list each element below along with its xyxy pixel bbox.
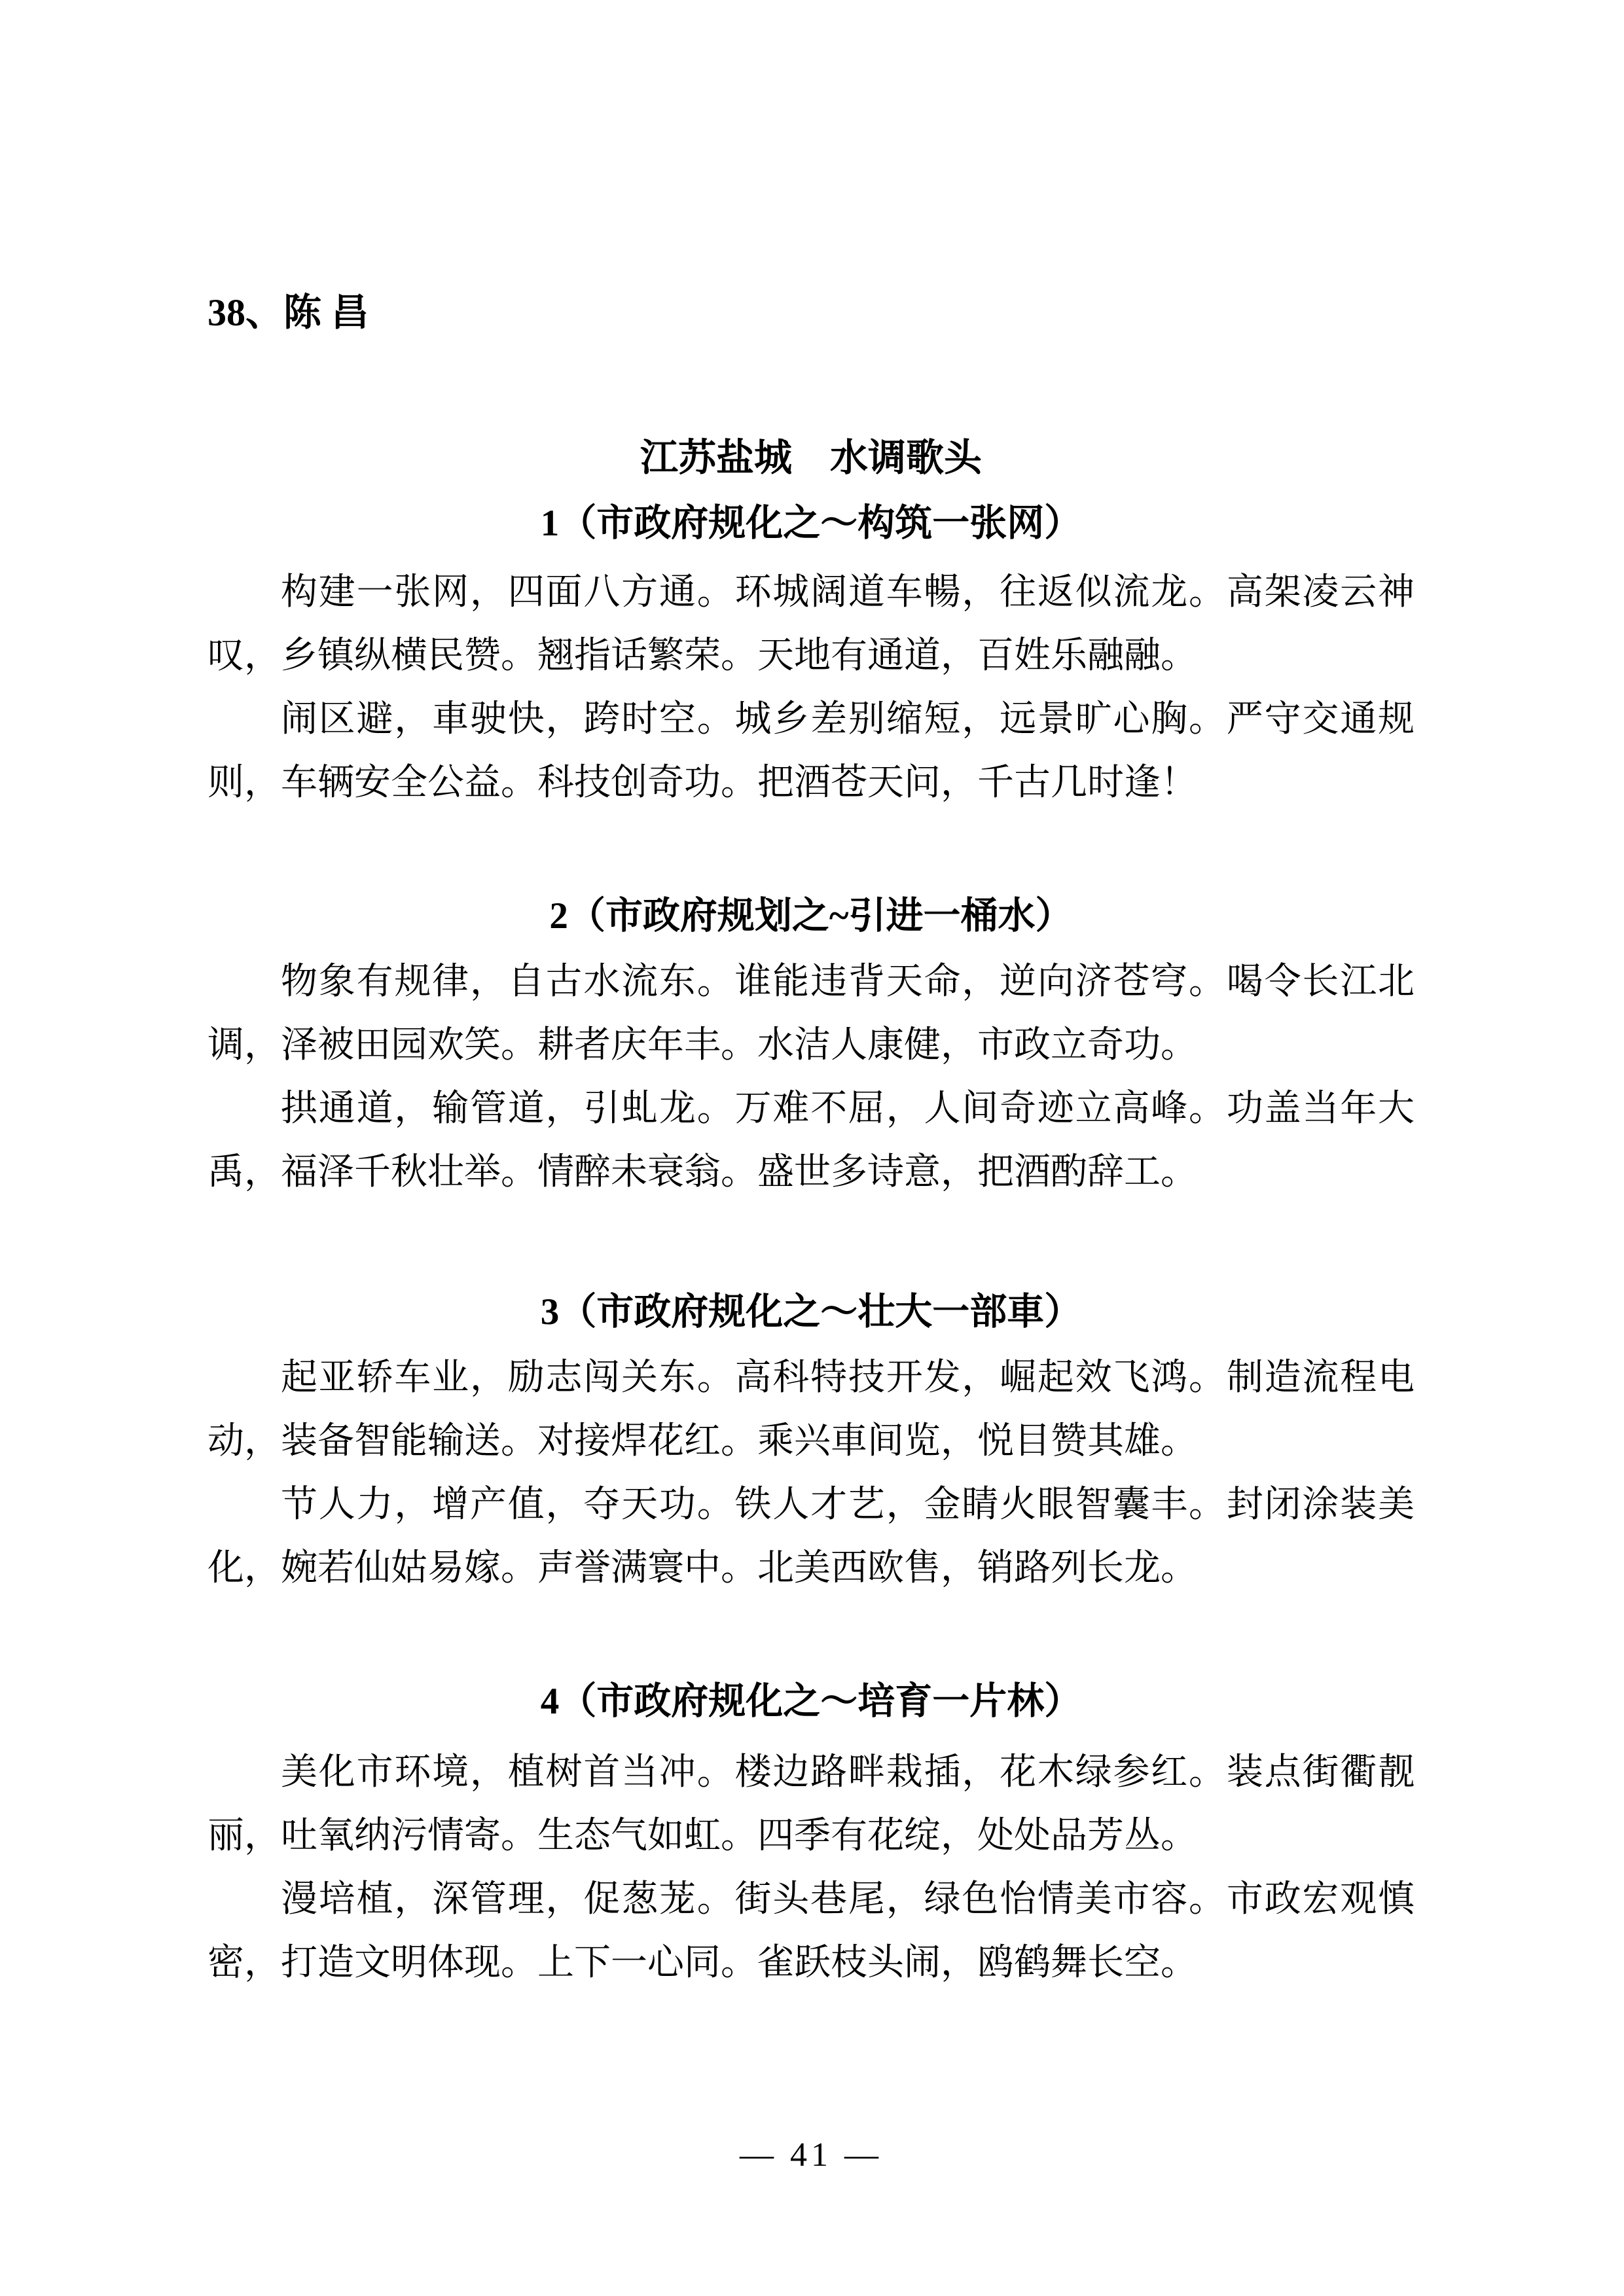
author-heading: 38、陈 昌 <box>208 281 1415 344</box>
poem-paragraph: 物象有规律，自古水流东。谁能违背天命，逆向济苍穹。喝令长江北调，泽被田园欢笑。耕… <box>208 950 1415 1077</box>
poem-paragraph: 构建一张网，四面八方通。环城阔道车暢，往返似流龙。高架凌云神叹，乡镇纵横民赞。翘… <box>208 561 1415 688</box>
section-2-heading: 2（市政府规划之~引进一桶水） <box>208 884 1415 948</box>
poem-paragraph: 闹区避，車驶快，跨时空。城乡差别缩短，远景旷心胸。严守交通规则，车辆安全公益。科… <box>208 688 1415 815</box>
section-4-body: 美化市环境，植树首当冲。楼边路畔栽插，花木绿参红。装点街衢靓丽，吐氧纳污情寄。生… <box>208 1741 1415 1995</box>
section-2-body: 物象有规律，自古水流东。谁能违背天命，逆向济苍穹。喝令长江北调，泽被田园欢笑。耕… <box>208 950 1415 1204</box>
page-number: — 41 — <box>208 2123 1415 2187</box>
poem-paragraph: 漫培植，深管理，促葱茏。街头巷尾，绿色怡情美市容。市政宏观慎密，打造文明体现。上… <box>208 1868 1415 1995</box>
poem-paragraph: 拱通道，输管道，引虬龙。万难不屈，人间奇迹立高峰。功盖当年大禹，福泽千秋壮举。情… <box>208 1077 1415 1204</box>
section-3-body: 起亚轿车业，励志闯关东。高科特技开发，崛起效飞鸿。制造流程电动，装备智能输送。对… <box>208 1346 1415 1600</box>
poem-title: 江苏盐城 水调歌头 <box>208 426 1415 490</box>
poem-paragraph: 节人力，增产值，夺天功。铁人才艺，金睛火眼智囊丰。封闭涂装美化，婉若仙姑易嫁。声… <box>208 1473 1415 1600</box>
section-3-heading: 3（市政府规化之～壮大一部車） <box>208 1280 1415 1344</box>
poem-paragraph: 美化市环境，植树首当冲。楼边路畔栽插，花木绿参红。装点街衢靓丽，吐氧纳污情寄。生… <box>208 1741 1415 1868</box>
section-4-heading: 4（市政府规化之～培育一片林） <box>208 1670 1415 1733</box>
section-1-heading: 1（市政府规化之～构筑一张网） <box>208 492 1415 555</box>
poem-paragraph: 起亚轿车业，励志闯关东。高科特技开发，崛起效飞鸿。制造流程电动，装备智能输送。对… <box>208 1346 1415 1473</box>
section-1-body: 构建一张网，四面八方通。环城阔道车暢，往返似流龙。高架凌云神叹，乡镇纵横民赞。翘… <box>208 561 1415 815</box>
